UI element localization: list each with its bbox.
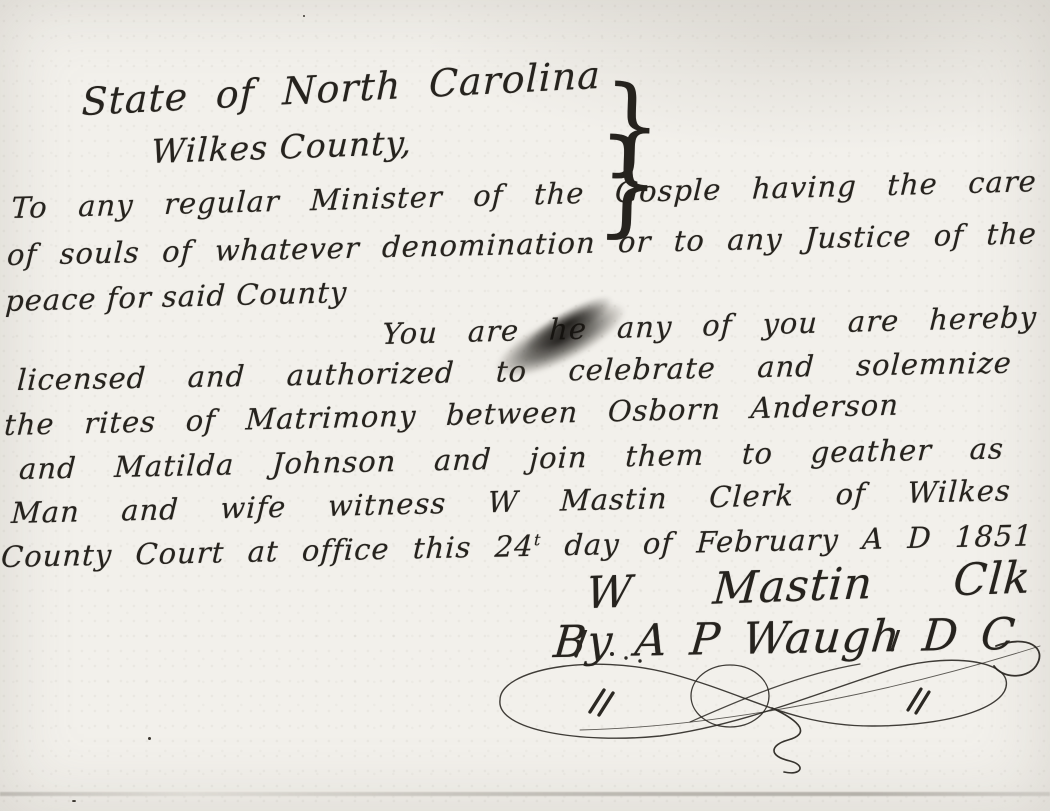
signature-flourish bbox=[440, 630, 1050, 780]
closing-pre: County Court at office this 24 bbox=[0, 529, 534, 574]
ink-speck bbox=[303, 15, 305, 17]
scan-fold-line bbox=[0, 792, 1050, 796]
day-ordinal-suffix: t bbox=[534, 530, 542, 549]
county-line: Wilkes County, bbox=[151, 123, 413, 171]
body-authorization-line: You are he any of you are hereby bbox=[382, 300, 1038, 351]
ink-speck bbox=[148, 737, 151, 740]
salutation-line-1: To any regular Minister of the Gosple ha… bbox=[11, 164, 1038, 225]
salutation-line-2: of souls of whatever denomination or to … bbox=[6, 216, 1037, 272]
authorization-pre: You are he bbox=[382, 312, 588, 351]
body-line-3: the rites of Matrimony between Osborn An… bbox=[3, 388, 899, 442]
state-line: State of North Carolina bbox=[81, 53, 601, 124]
document-page: State of North Carolina } Wilkes County,… bbox=[0, 0, 1050, 811]
ink-speck bbox=[72, 800, 76, 802]
salutation-line-3: peace for said County bbox=[5, 275, 349, 318]
authorization-post: any of you are hereby bbox=[616, 300, 1037, 345]
